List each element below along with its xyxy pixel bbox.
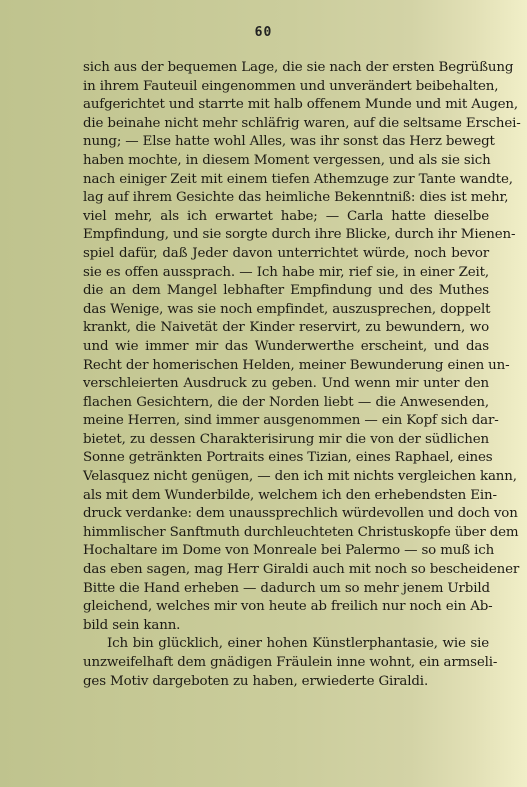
body-text: sich aus der bequemen Lage, die sie nach… [83, 59, 489, 691]
text-line: Ich bin glücklich, einer hohen Künstlerp… [83, 635, 489, 654]
text-line: aufgerichtet und starrte mit halb offene… [83, 96, 489, 115]
text-line: sie es offen aussprach. — Ich habe mir, … [83, 264, 489, 283]
text-line: krankt, die Naivetät der Kinder reservir… [83, 319, 489, 338]
text-line: Sonne getränkten Portraits eines Tizian,… [83, 449, 489, 468]
text-line: lag auf ihrem Gesichte das heimliche Bek… [83, 189, 489, 208]
paragraph-2: Ich bin glücklich, einer hohen Künstlerp… [83, 635, 489, 691]
page-number: 60 [0, 25, 527, 40]
text-line: druck verdanke: dem unaussprechlich würd… [83, 505, 489, 524]
text-line: in ihrem Fauteuil eingenommen und unverä… [83, 78, 489, 97]
text-line: als mit dem Wunderbilde, welchem ich den… [83, 487, 489, 506]
text-line: sich aus der bequemen Lage, die sie nach… [83, 59, 489, 78]
text-line: bietet, zu dessen Charakterisirung mir d… [83, 431, 489, 450]
text-line: meine Herren, sind immer ausgenommen — e… [83, 412, 489, 431]
paragraph-1: sich aus der bequemen Lage, die sie nach… [83, 59, 489, 635]
text-line: haben mochte, in diesem Moment vergessen… [83, 152, 489, 171]
text-line: gleichend, welches mir von heute ab frei… [83, 598, 489, 617]
text-line: ges Motiv dargeboten zu haben, erwiedert… [83, 673, 489, 692]
text-line: Empfindung, und sie sorgte durch ihre Bl… [83, 226, 489, 245]
text-line: Velasquez nicht genügen, — den ich mit n… [83, 468, 489, 487]
text-line: und wie immer mir das Wunderwerthe ersch… [83, 338, 489, 357]
text-line: Bitte die Hand erheben — dadurch um so m… [83, 580, 489, 599]
text-line: nach einiger Zeit mit einem tiefen Athem… [83, 171, 489, 190]
text-line: das Wenige, was sie noch empfindet, ausz… [83, 301, 489, 320]
text-line: spiel dafür, daß Jeder davon unterrichte… [83, 245, 489, 264]
text-line: himmlischer Sanftmuth durchleuchteten Ch… [83, 524, 489, 543]
text-line: die an dem Mangel lebhafter Empfindung u… [83, 282, 489, 301]
text-line: verschleierten Ausdruck zu geben. Und we… [83, 375, 489, 394]
text-line: das eben sagen, mag Herr Giraldi auch mi… [83, 561, 489, 580]
text-line: die beinahe nicht mehr schläfrig waren, … [83, 115, 489, 134]
text-line: nung; — Else hatte wohl Alles, was ihr s… [83, 133, 489, 152]
text-line: viel mehr, als ich erwartet habe; — Carl… [83, 208, 489, 227]
text-line: Recht der homerischen Helden, meiner Bew… [83, 357, 489, 376]
text-line: flachen Gesichtern, die der Norden liebt… [83, 394, 489, 413]
text-line: Hochaltare im Dome von Monreale bei Pale… [83, 542, 489, 561]
text-line: bild sein kann. [83, 617, 489, 636]
text-line: unzweifelhaft dem gnädigen Fräulein inne… [83, 654, 489, 673]
